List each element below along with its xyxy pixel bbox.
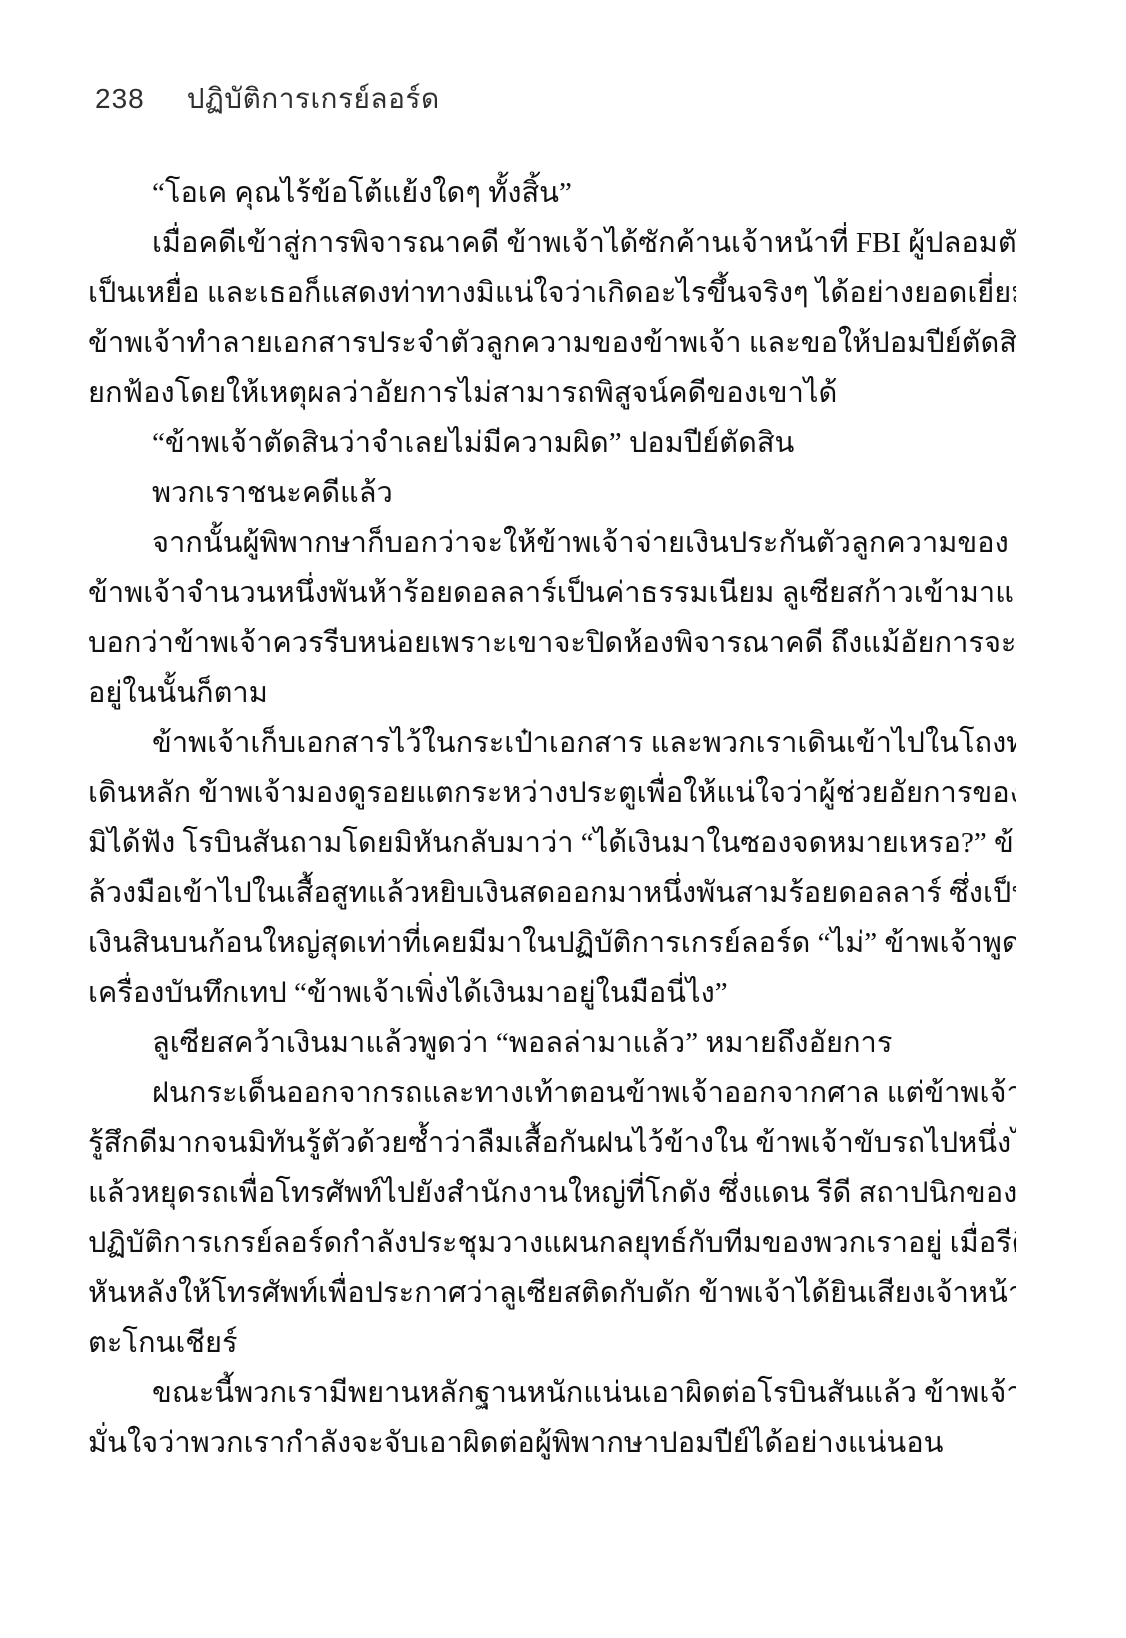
text-line: เดินหลัก ข้าพเจ้ามองดูรอยแตกระหว่างประตู… (88, 768, 1016, 818)
text-line: เงินสินบนก้อนใหญ่สุดเท่าที่เคยมีมาในปฏิบ… (88, 918, 1016, 968)
text-line: แล้วหยุดรถเพื่อโทรศัพท์ไปยังสำนักงานใหญ่… (88, 1168, 1016, 1218)
text-line: พวกเราชนะคดีแล้ว (88, 468, 1016, 518)
text-line: ลูเซียสคว้าเงินมาแล้วพูดว่า “พอลล่ามาแล้… (88, 1018, 1016, 1068)
text-line: จากนั้นผู้พิพากษาก็บอกว่าจะให้ข้าพเจ้าจ่… (88, 518, 1016, 568)
running-header: 238 ปฏิบัติการเกรย์ลอร์ด (95, 82, 440, 116)
text-line: ล้วงมือเข้าไปในเสื้อสูทแล้วหยิบเงินสดออก… (88, 868, 1016, 918)
text-line: บอกว่าข้าพเจ้าควรรีบหน่อยเพราะเขาจะปิดห้… (88, 618, 1016, 668)
text-line: ข้าพเจ้าทำลายเอกสารประจำตัวลูกความของข้า… (88, 318, 1016, 368)
text-line: ปฏิบัติการเกรย์ลอร์ดกำลังประชุมวางแผนกลย… (88, 1218, 1016, 1268)
running-title: ปฏิบัติการเกรย์ลอร์ด (187, 82, 440, 116)
book-page: 238 ปฏิบัติการเกรย์ลอร์ด “โอเค คุณไร้ข้อ… (0, 0, 1126, 1638)
text-line: มั่นใจว่าพวกเรากำลังจะจับเอาผิดต่อผู้พิพ… (88, 1418, 1016, 1468)
text-line: ขณะนี้พวกเรามีพยานหลักฐานหนักแน่นเอาผิดต… (88, 1368, 1016, 1418)
text-line: “ข้าพเจ้าตัดสินว่าจำเลยไม่มีความผิด” ปอม… (88, 418, 1016, 468)
text-line: ข้าพเจ้าเก็บเอกสารไว้ในกระเป๋าเอกสาร และ… (88, 718, 1016, 768)
text-line: เมื่อคดีเข้าสู่การพิจารณาคดี ข้าพเจ้าได้… (88, 218, 1016, 268)
text-line: หันหลังให้โทรศัพท์เพื่อประกาศว่าลูเซียสต… (88, 1268, 1016, 1318)
page-body: “โอเค คุณไร้ข้อโต้แย้งใดๆ ทั้งสิ้น”เมื่อ… (88, 168, 1016, 1468)
text-line: ฝนกระเด็นออกจากรถและทางเท้าตอนข้าพเจ้าออ… (88, 1068, 1016, 1118)
text-line: มิได้ฟัง โรบินสันถามโดยมิหันกลับมาว่า “ไ… (88, 818, 1016, 868)
text-line: อยู่ในนั้นก็ตาม (88, 668, 1016, 718)
text-line: เป็นเหยื่อ และเธอก็แสดงท่าทางมิแน่ใจว่าเ… (88, 268, 1016, 318)
text-line: ข้าพเจ้าจำนวนหนึ่งพันห้าร้อยดอลลาร์เป็นค… (88, 568, 1016, 618)
text-line: “โอเค คุณไร้ข้อโต้แย้งใดๆ ทั้งสิ้น” (88, 168, 1016, 218)
page-number: 238 (95, 82, 145, 116)
text-line: ยกฟ้องโดยให้เหตุผลว่าอัยการไม่สามารถพิสู… (88, 368, 1016, 418)
text-line: รู้สึกดีมากจนมิทันรู้ตัวด้วยซ้ำว่าลืมเสื… (88, 1118, 1016, 1168)
text-line: เครื่องบันทึกเทป “ข้าพเจ้าเพิ่งได้เงินมา… (88, 968, 1016, 1018)
text-line: ตะโกนเชียร์ (88, 1318, 1016, 1368)
